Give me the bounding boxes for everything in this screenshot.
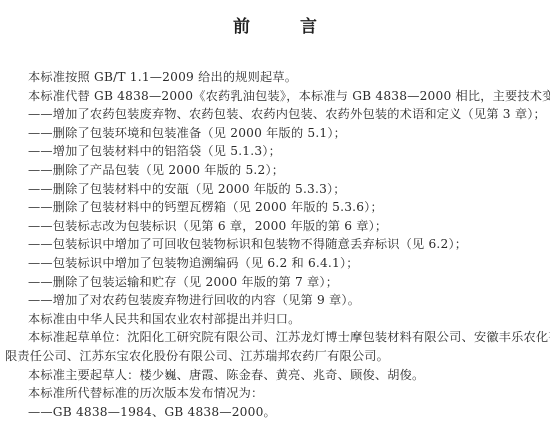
list-item: ——删除了包装运输和贮存（见 2000 年版的第 7 章）； [0, 273, 550, 292]
list-item: ——增加了包装材料中的铝箔袋（见 5.1.3）； [0, 142, 550, 161]
document-body: 本标准按照 GB/T 1.1—2009 给出的规则起草。 本标准代替 GB 48… [0, 68, 550, 421]
list-item: ——GB 4838—1984、GB 4838—2000。 [0, 403, 550, 422]
list-item: ——删除了包装材料中的钙塑瓦楞箱（见 2000 年版的 5.3.6）； [0, 198, 550, 217]
text-line: 本标准按照 GB/T 1.1—2009 给出的规则起草。 [0, 68, 550, 87]
list-item: ——包装标识中增加了包装物追溯编码（见 6.2 和 6.4.1）； [0, 254, 550, 273]
page-title: 前 言 [0, 12, 550, 37]
list-item: ——删除了包装材料中的安瓿（见 2000 年版的 5.3.3）； [0, 180, 550, 199]
list-item: ——增加了农药包装废弃物、农药包装、农药内包装、农药外包装的术语和定义（见第 3… [0, 105, 550, 124]
list-item: ——删除了包装环境和包装准备（见 2000 年版的 5.1）； [0, 124, 550, 143]
list-item: ——删除了产品包装（见 2000 年版的 5.2）； [0, 161, 550, 180]
list-item: ——包装标识中增加了可回收包装物标识和包装物不得随意丢弃标识（见 6.2）； [0, 235, 550, 254]
text-line: 本标准代替 GB 4838—2000《农药乳油包装》，本标准与 GB 4838—… [0, 87, 550, 106]
text-line-continuation: 限责任公司、江苏东宝农化股份有限公司、江苏瑞邦农药厂有限公司。 [0, 347, 550, 366]
text-line: 本标准所代替标准的历次版本发布情况为： [0, 384, 550, 403]
text-line: 本标准由中华人民共和国农业农村部提出并归口。 [0, 310, 550, 329]
text-line: 本标准起草单位：沈阳化工研究院有限公司、江苏龙灯博士摩包装材料有限公司、安徽丰乐… [0, 328, 550, 347]
text-line: 本标准主要起草人：楼少巍、唐霞、陈金春、黄亮、兆奇、顾俊、胡俊。 [0, 366, 550, 385]
list-item: ——增加了对农药包装废弃物进行回收的内容（见第 9 章）。 [0, 291, 550, 310]
list-item: ——包装标志改为包装标识（见第 6 章，2000 年版的第 6 章）； [0, 217, 550, 236]
